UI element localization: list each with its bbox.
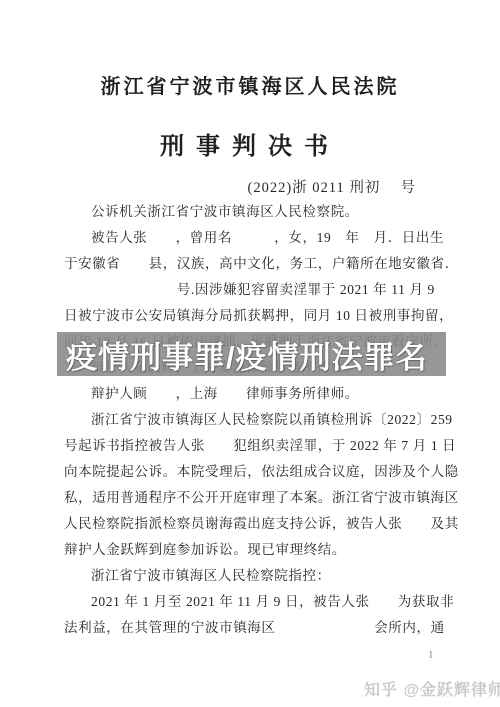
text-line: 人民检察院指派检察员谢海霞出庭支持公诉，被告人张 及其	[64, 511, 442, 537]
text-line: 浙江省宁波市镇海区人民检察院以甬镇检刑诉〔2022〕259	[64, 407, 442, 433]
text-line: 辩护人顾 ，上海 律师事务所律师。	[64, 381, 442, 407]
page-number: 1	[428, 649, 434, 661]
text-line: 向本院提起公诉。本院受理后，依法组成合议庭，因涉及个人隐	[64, 459, 442, 485]
text-line: 被告人张 ，曾用名 ，女，19 年 月．日出生	[64, 225, 442, 251]
overlay-banner-text: 疫情刑事罪/疫情刑法罪名	[66, 332, 428, 377]
court-name-title: 浙江省宁波市镇海区人民法院	[0, 70, 500, 99]
overlay-banner: 疫情刑事罪/疫情刑法罪名	[57, 332, 446, 376]
text-line: 号起诉书指控被告人张 犯组织卖淫罪，于 2022 年 7 月 1 日	[64, 433, 442, 459]
zhihu-watermark: 知乎 @金跃辉律师	[364, 677, 500, 700]
document-type-title: 刑事判决书	[0, 126, 500, 161]
document-body: 公诉机关浙江省宁波市镇海区人民检察院。被告人张 ，曾用名 ，女，19 年 月．日…	[64, 199, 442, 641]
text-line: 辩护人金跃辉到庭参加诉讼。现已审理终结。	[64, 537, 442, 563]
text-line: 号.因涉嫌犯容留卖淫罪于 2021 年 11 月 9	[64, 277, 442, 303]
text-line: 法利益，在其管理的宁波市镇海区 会所内，通	[64, 615, 442, 641]
text-line: 日被宁波市公安局镇海分局抓获羁押，同月 10 日被刑事拘留，	[64, 303, 442, 329]
judgment-page: 浙江省宁波市镇海区人民法院 刑事判决书 (2022)浙 0211 刑初 号 公诉…	[0, 0, 500, 707]
text-line: 公诉机关浙江省宁波市镇海区人民检察院。	[64, 199, 442, 225]
text-line: 浙江省宁波市镇海区人民检察院指控：	[64, 563, 442, 589]
text-line: 2021 年 1 月至 2021 年 11 月 9 日，被告人张 为获取非	[64, 589, 442, 615]
text-line: 于安徽省 县，汉族，高中文化，务工，户籍所在地安徽省．	[64, 251, 442, 277]
text-line: 私，适用普通程序不公开开庭审理了本案。浙江省宁波市镇海区	[64, 485, 442, 511]
case-number: (2022)浙 0211 刑初 号	[0, 176, 416, 197]
